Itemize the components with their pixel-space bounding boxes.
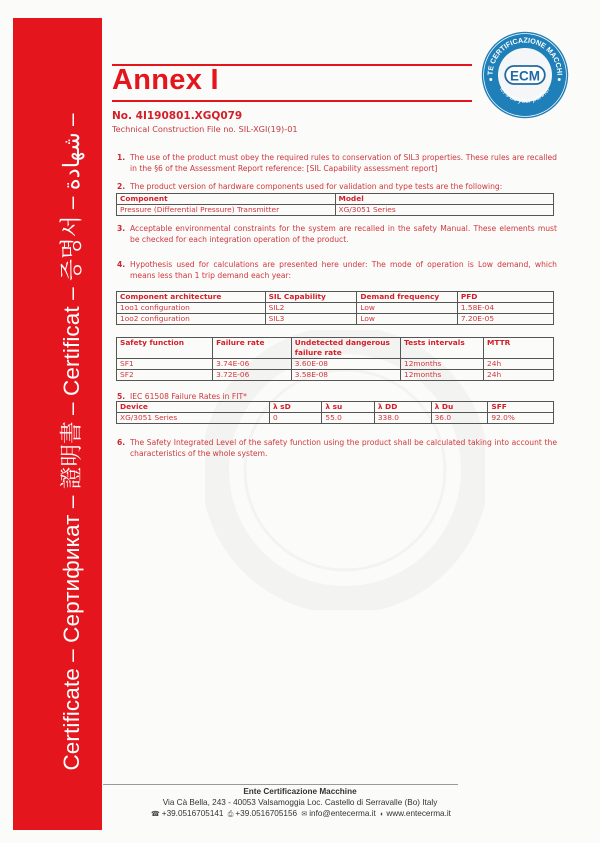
fax-icon: ⎙ <box>228 811 234 818</box>
architecture-table: Component architecture SIL Capability De… <box>116 291 554 325</box>
column-header: Model <box>335 194 554 205</box>
table-row: 1oo1 configuration SIL2 Low 1.58E-04 <box>117 303 554 314</box>
certificate-multilingual-label: Certificate – Сертификат – 證明書 – Certifi… <box>54 113 86 770</box>
column-header: λ Du <box>431 402 488 413</box>
footer-divider <box>103 784 458 785</box>
certificate-side-band: Certificate – Сертификат – 證明書 – Certifi… <box>13 18 102 830</box>
globe-icon: ◐ <box>380 811 384 818</box>
footer-website[interactable]: www.entecerma.it <box>386 809 451 818</box>
table-row: XG/3051 Series 0 55.0 338.0 36.0 92.0% <box>117 413 554 424</box>
column-header: SIL Capability <box>265 292 357 303</box>
page-title: Annex I <box>112 64 219 97</box>
footer-phone: +39.0516705141 <box>162 809 224 818</box>
safety-function-table: Safety function Failure rate Undetected … <box>116 337 554 381</box>
column-header: Demand frequency <box>357 292 458 303</box>
table-row: SF1 3.74E-06 3.60E-08 12months 24h <box>117 359 554 370</box>
technical-file-reference: Technical Construction File no. SIL-XGI(… <box>112 124 298 134</box>
svg-text:ECM: ECM <box>510 68 540 83</box>
footer-address: Via Cà Bella, 243 - 40053 Valsamoggia Lo… <box>100 798 500 807</box>
footer-email[interactable]: info@entecerma.it <box>309 809 376 818</box>
failure-rates-table: Device λ sD λ su λ DD λ Du SFF XG/3051 S… <box>116 401 554 424</box>
components-table: Component Model Pressure (Differential P… <box>116 193 554 216</box>
column-header: Component architecture <box>117 292 266 303</box>
section-1: 1. The use of the product must obey the … <box>117 152 557 174</box>
column-header: Device <box>117 402 270 413</box>
footer-organization: Ente Certificazione Macchine <box>100 787 500 796</box>
table-row: Pressure (Differential Pressure) Transmi… <box>117 205 554 216</box>
phone-icon: ☎ <box>151 811 160 818</box>
table-row: SF2 3.72E-06 3.58E-08 12months 24h <box>117 370 554 381</box>
section-2: 2. The product version of hardware compo… <box>117 181 557 192</box>
column-header: SFF <box>488 402 554 413</box>
email-icon: ✉ <box>301 811 307 818</box>
footer-contacts: ☎+39.0516705141 ⎙+39.0516705156 ✉info@en… <box>100 809 500 819</box>
column-header: Undetected dangerous failure rate <box>291 338 400 359</box>
column-header: Failure rate <box>213 338 292 359</box>
column-header: λ sD <box>269 402 321 413</box>
table-row: 1oo2 configuration SIL3 Low 7.20E-05 <box>117 314 554 325</box>
column-header: λ su <box>322 402 374 413</box>
column-header: PFD <box>457 292 553 303</box>
certificate-number: No. 4I190801.XGQ079 <box>112 110 242 122</box>
title-rule-bottom <box>112 100 472 102</box>
column-header: Safety function <box>117 338 213 359</box>
column-header: MTTR <box>484 338 554 359</box>
column-header: λ DD <box>374 402 431 413</box>
column-header: Component <box>117 194 336 205</box>
column-header: Tests intervals <box>401 338 484 359</box>
ecm-logo-icon: ENTE CERTIFICAZIONE MACCHINE let's be yo… <box>480 30 570 120</box>
footer-fax: +39.0516705156 <box>235 809 297 818</box>
section-3: 3. Acceptable environmental constraints … <box>117 223 557 245</box>
section-6: 6. The Safety Integrated Level of the sa… <box>117 437 557 459</box>
section-4: 4. Hypothesis used for calculations are … <box>117 259 557 281</box>
